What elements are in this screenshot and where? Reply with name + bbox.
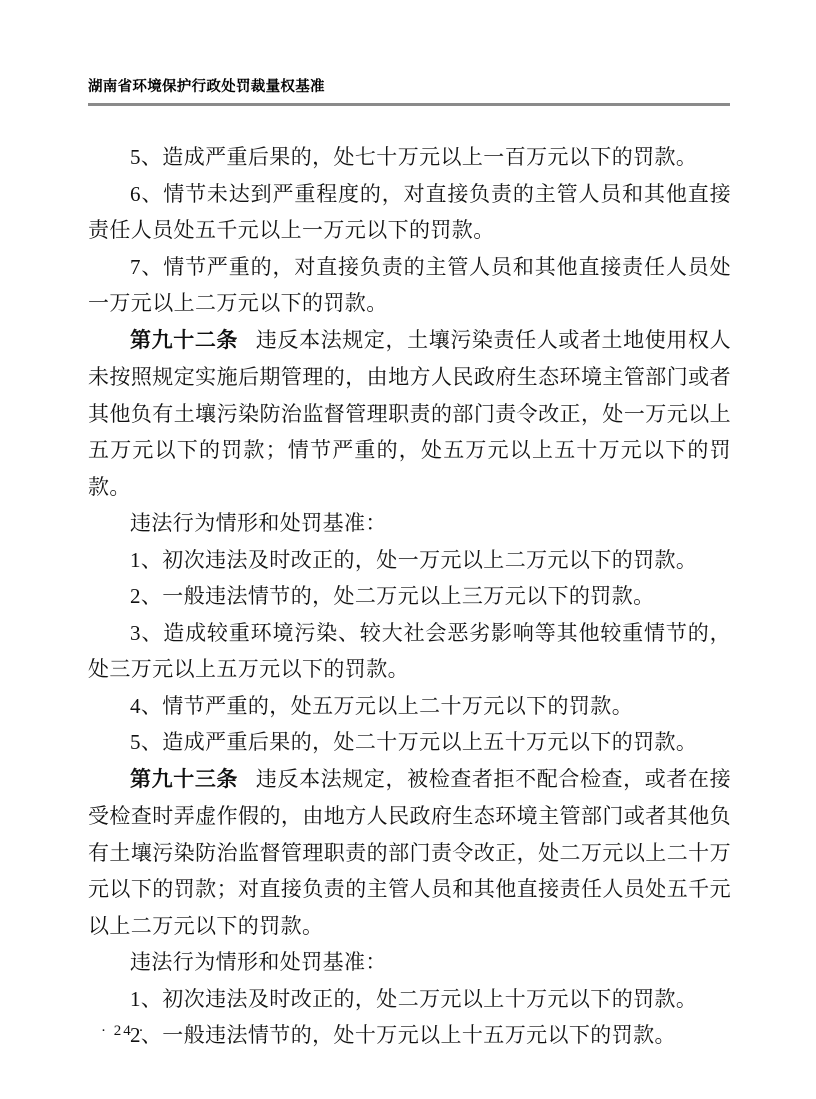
paragraph: 1、初次违法及时改正的，处二万元以上十万元以下的罚款。 <box>88 981 731 1018</box>
paragraph-text: 5、造成严重后果的，处二十万元以上五十万元以下的罚款。 <box>130 730 697 754</box>
header-rule <box>88 103 730 106</box>
paragraph-text: 违法行为情形和处罚基准： <box>130 511 387 535</box>
paragraph: 5、造成严重后果的，处二十万元以上五十万元以下的罚款。 <box>88 724 731 761</box>
paragraph-text: 违反本法规定，被检查者拒不配合检查，或者在接受检查时弄虚作假的，由地方人民政府生… <box>88 767 731 938</box>
paragraph: 1、初次违法及时改正的，处一万元以上二万元以下的罚款。 <box>88 542 731 579</box>
paragraph-text: 2、一般违法情节的，处十万元以上十五万元以下的罚款。 <box>130 1023 676 1047</box>
paragraph-text: 3、造成较重环境污染、较大社会恶劣影响等其他较重情节的，处三万元以上五万元以下的… <box>88 621 731 682</box>
paragraph-text: 违法行为情形和处罚基准： <box>130 950 387 974</box>
paragraph: 7、情节严重的，对直接负责的主管人员和其他直接责任人员处一万元以上二万元以下的罚… <box>88 249 731 322</box>
paragraph-text: 5、造成严重后果的，处七十万元以上一百万元以下的罚款。 <box>130 145 697 169</box>
paragraph-text: 2、一般违法情节的，处二万元以上三万元以下的罚款。 <box>130 584 655 608</box>
article-number: 第九十二条 <box>130 329 238 352</box>
paragraph: 2、一般违法情节的，处十万元以上十五万元以下的罚款。 <box>88 1017 731 1054</box>
paragraph: 6、情节未达到严重程度的，对直接负责的主管人员和其他直接责任人员处五千元以上一万… <box>88 176 731 249</box>
paragraph: 3、造成较重环境污染、较大社会恶劣影响等其他较重情节的，处三万元以上五万元以下的… <box>88 615 731 688</box>
paragraph: 4、情节严重的，处五万元以上二十万元以下的罚款。 <box>88 688 731 725</box>
paragraph: 第九十三条违反本法规定，被检查者拒不配合检查，或者在接受检查时弄虚作假的，由地方… <box>88 761 731 945</box>
page-number: · 24 · <box>101 1023 146 1040</box>
document-body: 5、造成严重后果的，处七十万元以上一百万元以下的罚款。6、情节未达到严重程度的，… <box>88 139 731 1054</box>
document-page: 湖南省环境保护行政处罚裁量权基准 5、造成严重后果的，处七十万元以上一百万元以下… <box>0 0 816 1099</box>
article-number: 第九十三条 <box>130 768 238 791</box>
header-title: 湖南省环境保护行政处罚裁量权基准 <box>88 78 730 96</box>
paragraph: 违法行为情形和处罚基准： <box>88 944 731 981</box>
paragraph-text: 1、初次违法及时改正的，处一万元以上二万元以下的罚款。 <box>130 548 697 572</box>
paragraph-text: 7、情节严重的，对直接负责的主管人员和其他直接责任人员处一万元以上二万元以下的罚… <box>88 255 731 316</box>
paragraph-text: 违反本法规定，土壤污染责任人或者土地使用权人未按照规定实施后期管理的，由地方人民… <box>88 328 731 499</box>
paragraph-text: 1、初次违法及时改正的，处二万元以上十万元以下的罚款。 <box>130 987 697 1011</box>
paragraph: 违法行为情形和处罚基准： <box>88 505 731 542</box>
paragraph: 第九十二条违反本法规定，土壤污染责任人或者土地使用权人未按照规定实施后期管理的，… <box>88 322 731 506</box>
paragraph-text: 6、情节未达到严重程度的，对直接负责的主管人员和其他直接责任人员处五千元以上一万… <box>88 182 731 243</box>
paragraph-text: 4、情节严重的，处五万元以上二十万元以下的罚款。 <box>130 694 633 718</box>
paragraph: 2、一般违法情节的，处二万元以上三万元以下的罚款。 <box>88 578 731 615</box>
paragraph: 5、造成严重后果的，处七十万元以上一百万元以下的罚款。 <box>88 139 731 176</box>
running-header: 湖南省环境保护行政处罚裁量权基准 <box>88 78 730 106</box>
